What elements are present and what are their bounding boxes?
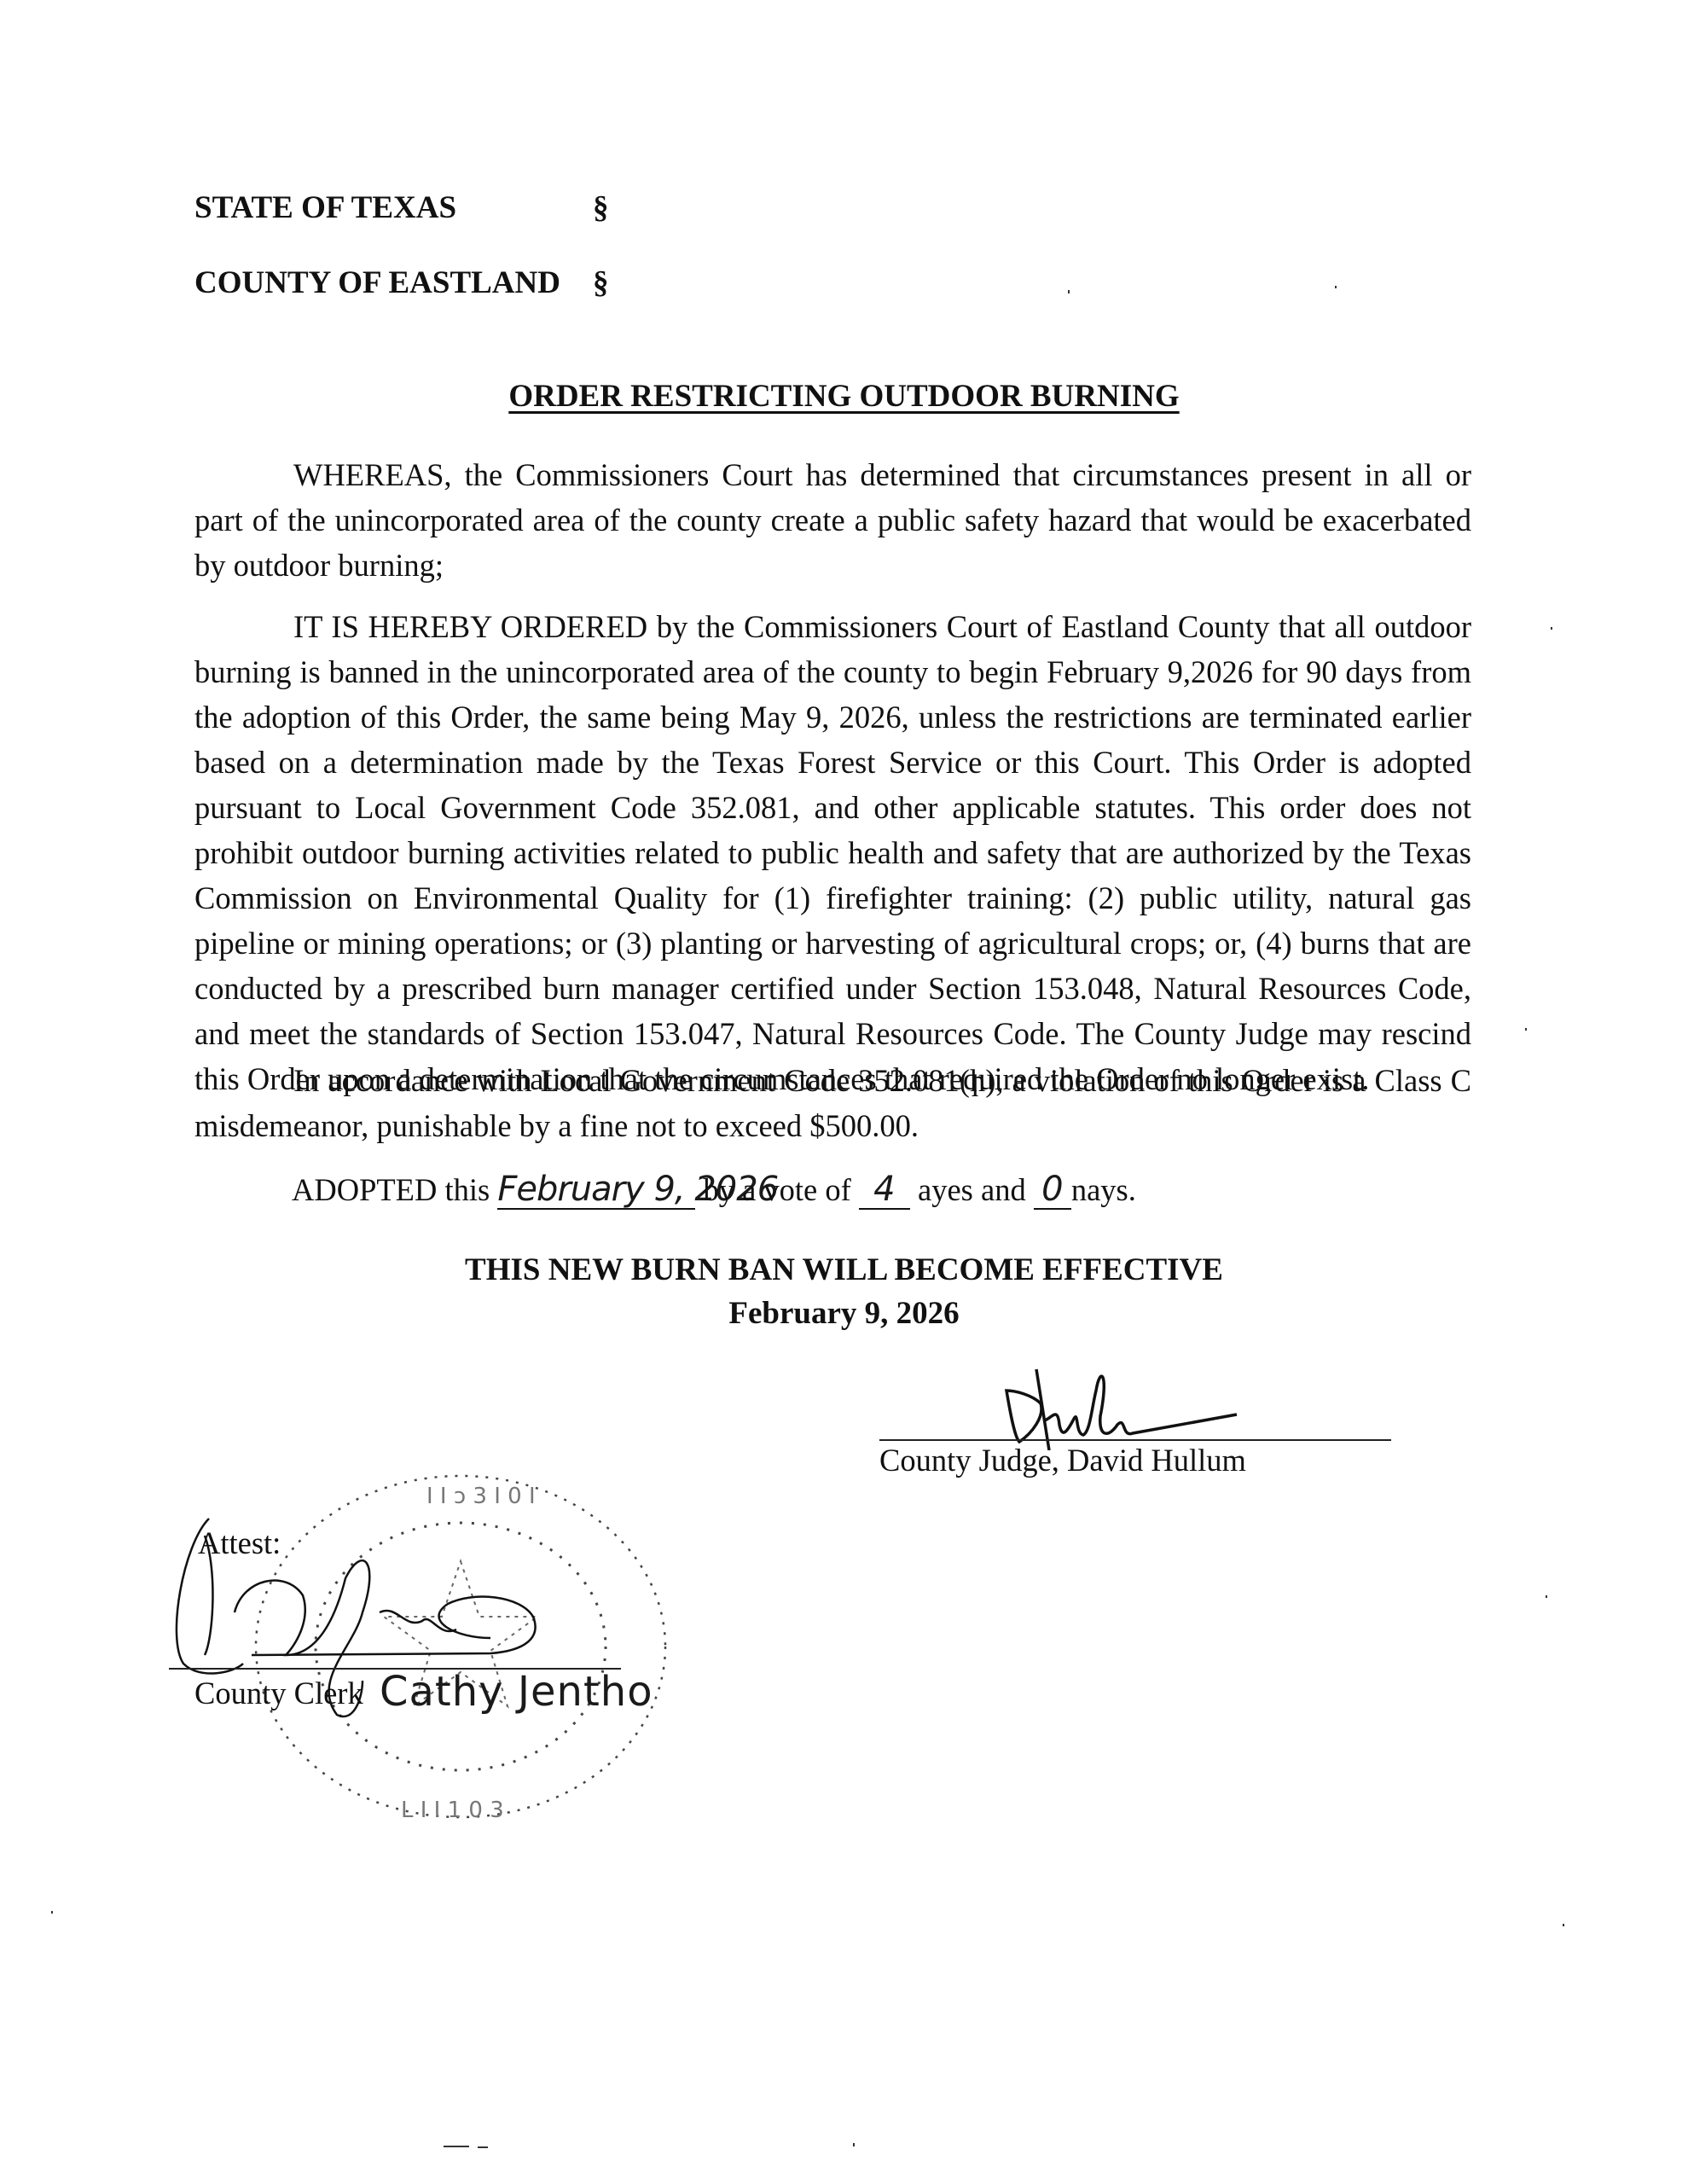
document-page: STATE OF TEXAS § COUNTY OF EASTLAND § OR… bbox=[0, 0, 1688, 2184]
scan-artifacts bbox=[0, 0, 1688, 2184]
